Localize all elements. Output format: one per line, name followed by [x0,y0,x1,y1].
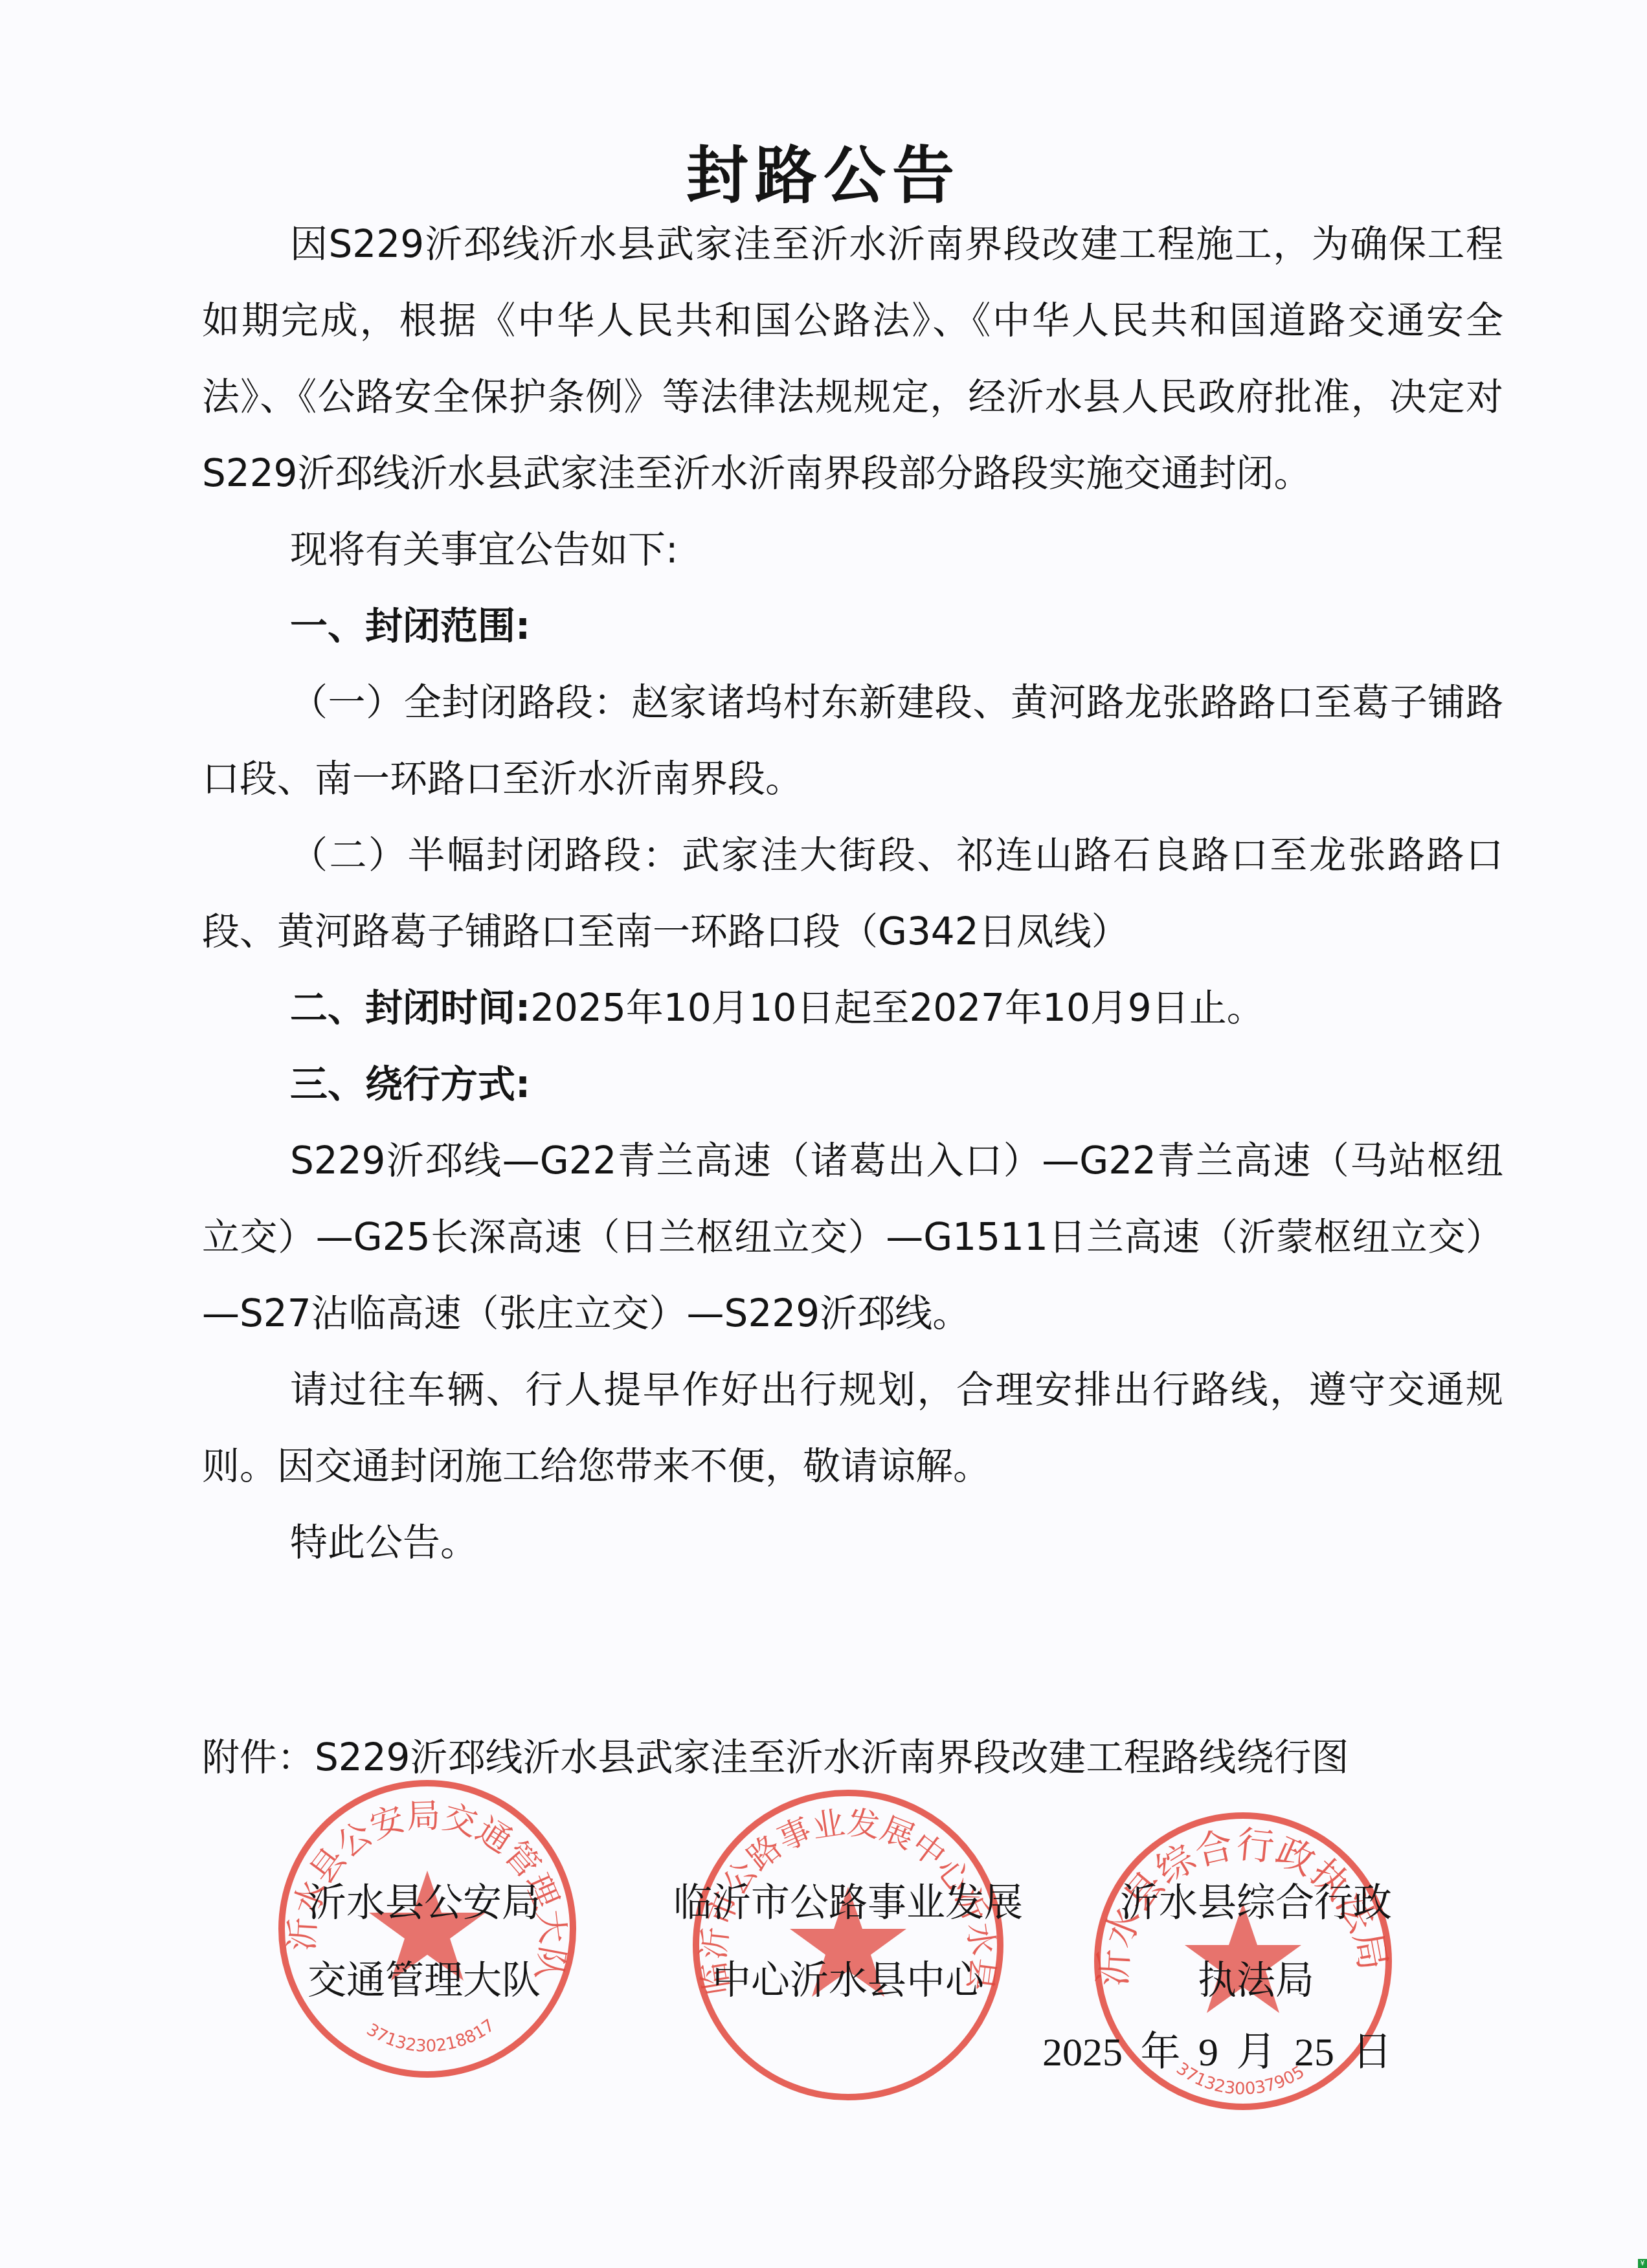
closure-time-value: 2025年10月10日起至2027年10月9日止。 [530,986,1264,1030]
signatory-line2: 执法局 [1088,1942,1424,2019]
signatory-line1: 临沂市公路事业发展 [647,1864,1049,1942]
page-title: 封路公告 [0,126,1647,215]
intro-paragraph: 因S229沂邳线沂水县武家洼至沂水沂南界段改建工程施工，为确保工程如期完成，根据… [202,206,1503,511]
svg-text:3713230218817: 3713230218817 [363,2016,499,2056]
full-closure-item: （一）全封闭路段：赵家诸坞村东新建段、黄河路龙张路路口至葛子铺路口段、南一环路口… [202,664,1503,817]
signatory-law-enforcement: 沂水县综合行政 执法局 [1088,1864,1424,2019]
signatory-line1: 沂水县综合行政 [1088,1864,1424,1942]
detour-route: S229沂邳线—G22青兰高速（诸葛出入口）—G22青兰高速（马站枢纽立交）—G… [202,1122,1503,1351]
closing-statement: 特此公告。 [202,1504,1503,1581]
half-closure-item: （二）半幅封闭路段：武家洼大街段、祁连山路石良路口至龙张路路口段、黄河路葛子铺路… [202,817,1503,970]
signatory-public-security: 沂水县公安局 交通管理大队 [269,1864,579,2019]
closing-paragraph: 请过往车辆、行人提早作好出行规划，合理安排出行路线，遵守交通规则。因交通封闭施工… [202,1351,1503,1504]
signatory-highway-center: 临沂市公路事业发展 中心沂水县中心 [647,1864,1049,2019]
signatory-line1: 沂水县公安局 [269,1864,579,1942]
section-detour-heading: 三、绕行方式: [202,1046,1503,1122]
notice-body: 因S229沂邳线沂水县武家洼至沂水沂南界段改建工程施工，为确保工程如期完成，根据… [202,206,1503,1581]
section-closure-time-heading: 二、封闭时间: [290,986,530,1030]
section-closure-scope-heading: 一、封闭范围: [202,588,1503,664]
section-closure-time: 二、封闭时间:2025年10月10日起至2027年10月9日止。 [202,970,1503,1046]
issue-date: 2025 年 9 月 25 日 [1042,2019,1393,2077]
scanner-mark-icon: ¥ [1638,2259,1647,2268]
signatory-line2: 交通管理大队 [269,1942,579,2019]
signatory-line2: 中心沂水县中心 [647,1942,1049,2019]
announce-paragraph: 现将有关事宜公告如下: [202,511,1503,588]
notice-page: 封路公告 因S229沂邳线沂水县武家洼至沂水沂南界段改建工程施工，为确保工程如期… [0,0,1647,2268]
